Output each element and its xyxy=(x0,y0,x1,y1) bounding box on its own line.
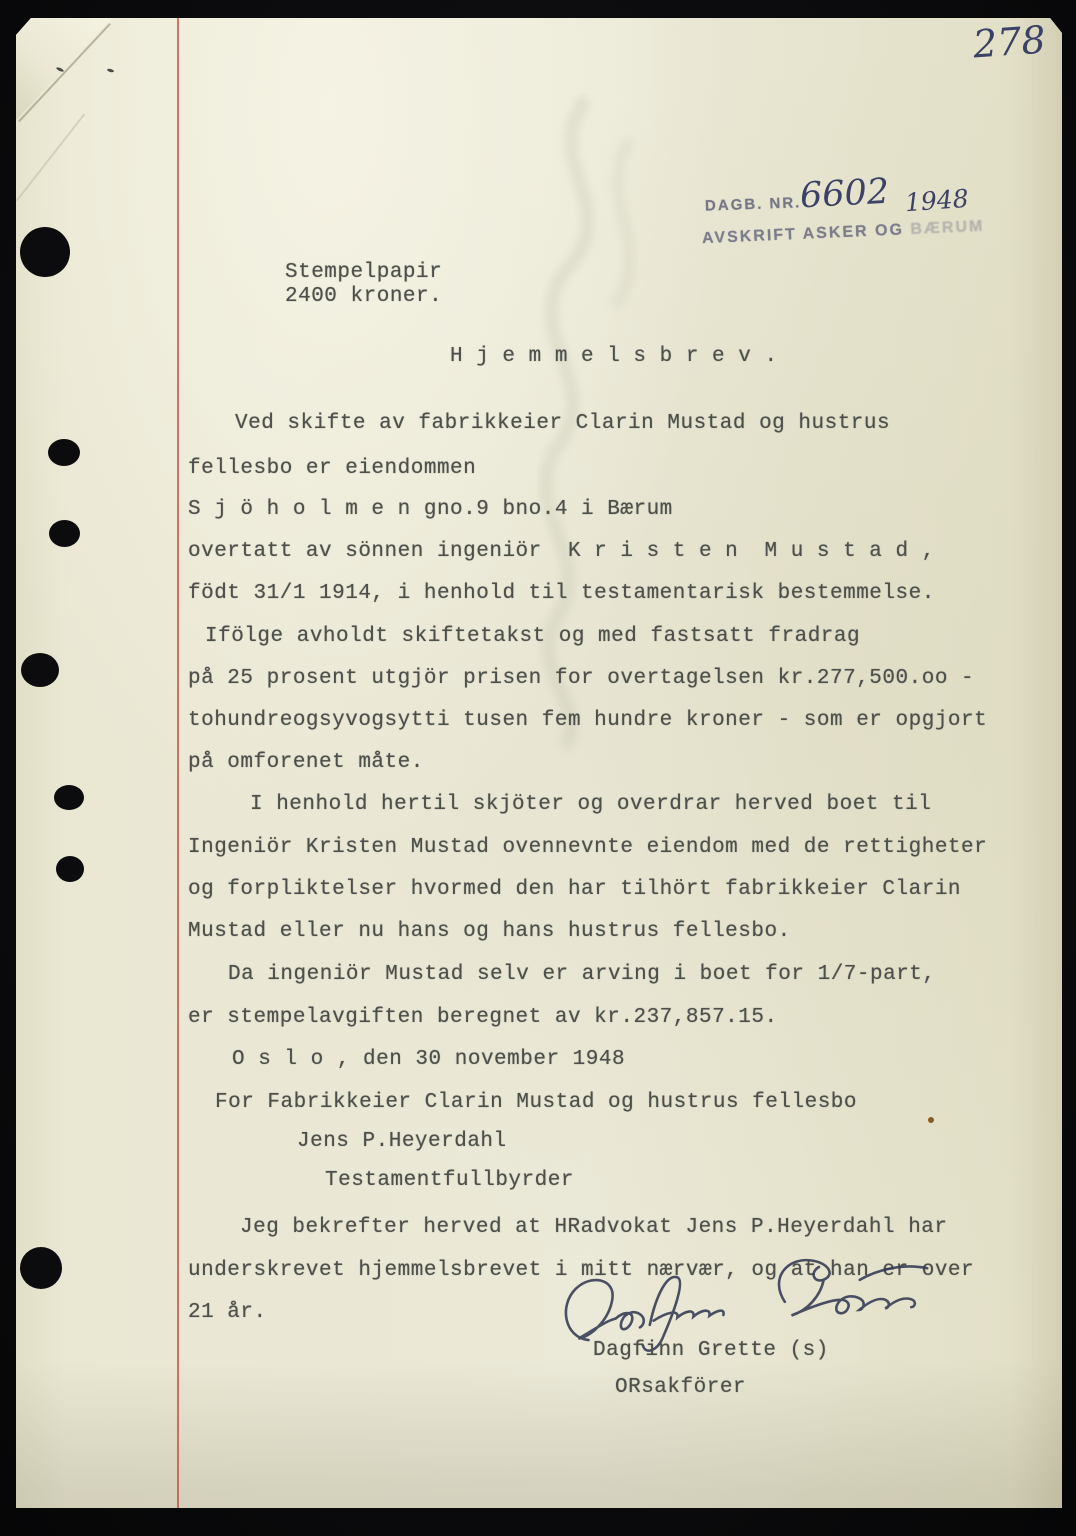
typed-line: overtatt av sönnen ingeniör K r i s t e … xyxy=(188,541,935,562)
typed-line: Testamentfullbyrder xyxy=(325,1170,574,1191)
punch-hole xyxy=(20,227,70,277)
dust-speck xyxy=(107,68,115,73)
typed-line: på 25 prosent utgjör prisen for overtage… xyxy=(188,668,974,689)
punch-hole xyxy=(48,439,80,466)
stamp-transcript-faded: BÆRUM xyxy=(910,218,985,238)
punch-hole xyxy=(54,785,84,810)
fold-crease-faint xyxy=(16,113,85,201)
punch-hole xyxy=(21,653,59,687)
typed-line: Mustad eller nu hans og hans hustrus fel… xyxy=(188,921,791,942)
document-page: 278 DAGB. NR. 6602 1948 AVSKRIFT ASKER O… xyxy=(16,18,1062,1508)
typed-line: og forpliktelser hvormed den har tilhört… xyxy=(188,879,961,900)
typed-line: Ved skifte av fabrikkeier Clarin Mustad … xyxy=(235,413,890,434)
stamp-paper-amount: 2400 kroner. xyxy=(285,286,442,307)
typed-line: Da ingeniör Mustad selv er arving i boet… xyxy=(228,964,936,985)
folded-corner xyxy=(16,18,112,120)
stamp-register-label: DAGB. NR. xyxy=(705,194,802,214)
typed-line: Ingeniör Kristen Mustad ovennevnte eiend… xyxy=(188,837,987,858)
typed-line: fellesbo er eiendommen xyxy=(188,458,476,479)
typed-line: I henhold hertil skjöter og overdrar her… xyxy=(250,794,931,815)
typed-line: For Fabrikkeier Clarin Mustad og hustrus… xyxy=(215,1092,857,1113)
typed-line: er stempelavgiften beregnet av kr.237,85… xyxy=(188,1007,778,1028)
punch-hole xyxy=(20,1247,62,1289)
typed-line: födt 31/1 1914, i henhold til testamenta… xyxy=(188,583,935,604)
punch-hole xyxy=(56,856,84,882)
typed-line: 21 år. xyxy=(188,1302,267,1323)
typed-line: Jeg bekrefter herved at HRadvokat Jens P… xyxy=(240,1217,948,1238)
typed-line: O s l o , den 30 november 1948 xyxy=(232,1049,625,1070)
stamp-transcript-line: AVSKRIFT ASKER OG BÆRUM xyxy=(702,218,985,248)
margin-line xyxy=(177,18,179,1508)
stamp-register-year: 1948 xyxy=(904,184,969,217)
typed-line: på omforenet måte. xyxy=(188,752,424,773)
scanned-document-screen: 278 DAGB. NR. 6602 1948 AVSKRIFT ASKER O… xyxy=(0,0,1076,1536)
typed-line: Jens P.Heyerdahl xyxy=(297,1131,507,1152)
page-number: 278 xyxy=(972,18,1047,67)
document-title: H j e m m e l s b r e v . xyxy=(450,346,778,367)
typed-signature-title: ORsakförer xyxy=(615,1377,746,1398)
typed-line: tohundreogsyvogsytti tusen fem hundre kr… xyxy=(188,710,987,731)
stamp-paper-line: Stempelpapir xyxy=(285,262,442,283)
typed-line: S j ö h o l m e n gno.9 bno.4 i Bærum xyxy=(188,499,673,520)
stamp-transcript-text: AVSKRIFT ASKER OG xyxy=(702,221,905,247)
typed-line: Ifölge avholdt skiftetakst og med fastsa… xyxy=(205,626,860,647)
punch-hole xyxy=(49,520,80,547)
ink-spot xyxy=(928,1117,934,1123)
typed-signature-name: Dagfinn Grette (s) xyxy=(593,1340,829,1361)
stamp-register-number: 6602 xyxy=(799,172,890,217)
